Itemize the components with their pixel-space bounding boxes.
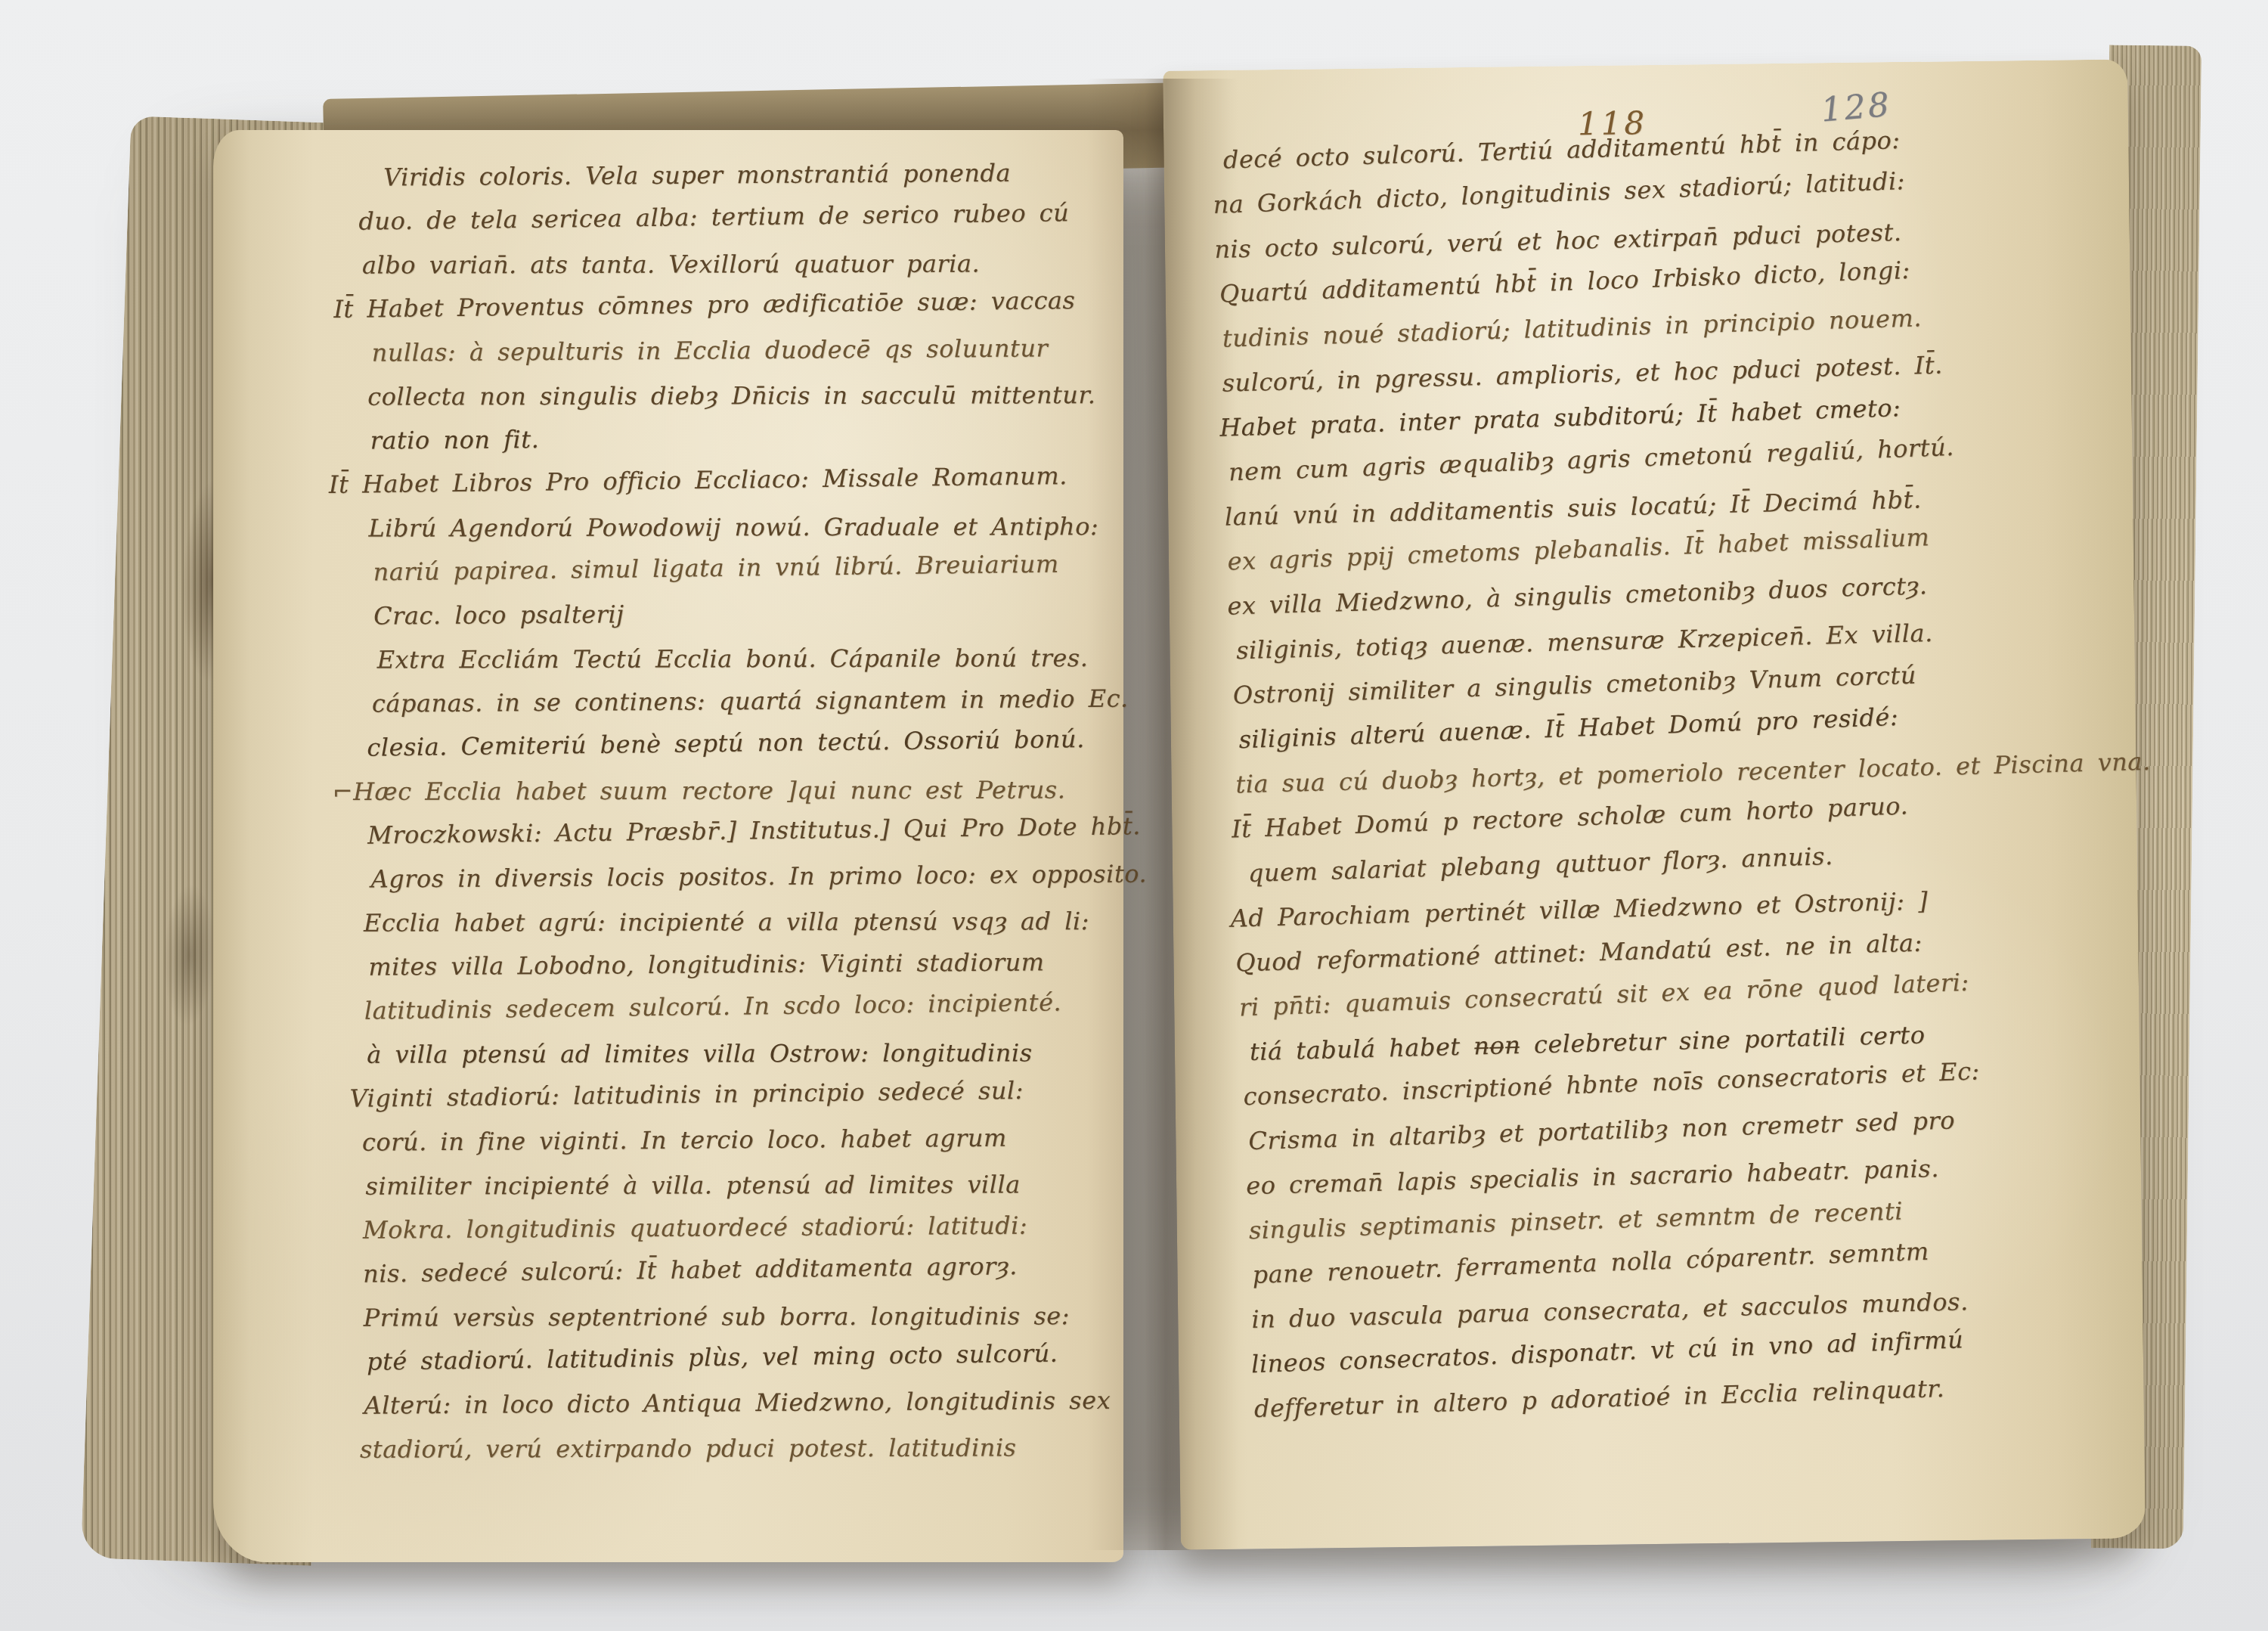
manuscript-line: nariú papirea. simul ligata in vnú librú… — [373, 549, 1120, 602]
manuscript-line: duo. de tela sericea alba: tertium de se… — [358, 197, 1118, 250]
manuscript-line: collecta non singulis diebȝ Dn̄icis in s… — [367, 380, 1119, 426]
manuscript-line: pté stadiorú. latitudinis plùs, vel ming… — [367, 1338, 1126, 1391]
right-page: 118 128 decé octo sulcorú. Tertiú addita… — [1163, 59, 2146, 1549]
manuscript-line: Crac. loco psalterij — [373, 597, 1120, 646]
right-page-text: decé octo sulcorú. Tertiú additamentú hb… — [1207, 119, 2149, 1440]
manuscript-line: Mroczkowski: Actu Præsbr̄.] Institutus.]… — [367, 811, 1123, 864]
manuscript-line: clesia. Cemiteriú benè septú non tectú. … — [367, 724, 1122, 777]
manuscript-line: nis. sedecé sulcorú: It̄ habet additamen… — [363, 1250, 1126, 1303]
manuscript-line: Agros in diversis locis positos. In prim… — [370, 860, 1122, 909]
manuscript-line: Extra Eccliám Tectú Ecclia bonú. Cápanil… — [377, 643, 1121, 690]
photo-background: Viridis coloris. Vela super monstrantiá … — [0, 0, 2268, 1631]
manuscript-line: Viginti stadiorú: latitudinis in princip… — [349, 1074, 1124, 1128]
manuscript-line: latitudinis sedecem sulcorú. In scdo loc… — [364, 987, 1124, 1040]
manuscript-line: corú. in fine viginti. In tercio loco. h… — [362, 1123, 1124, 1172]
manuscript-line: Alterú: in loco dicto Antiqua Miedzwno, … — [364, 1386, 1126, 1435]
manuscript-line: It̄ Habet Libros Pro officio Eccliaco: M… — [329, 460, 1120, 514]
manuscript-line: stadiorú, verú extirpando pduci potest. … — [360, 1433, 1126, 1479]
manuscript-line: Ecclia habet agrú: incipienté a villa pt… — [364, 907, 1123, 953]
folio-number-pencil: 128 — [1820, 85, 1893, 129]
manuscript-line: similiter incipienté à villa. ptensú ad … — [365, 1170, 1124, 1216]
manuscript-line: nullas: à sepulturis in Ecclia duodecē q… — [372, 333, 1119, 383]
manuscript-line: It̄ Habet Proventus cōmnes pro ædificati… — [333, 285, 1119, 339]
left-page: Viridis coloris. Vela super monstrantiá … — [213, 130, 1123, 1562]
left-page-text: Viridis coloris. Vela super monstrantiá … — [327, 158, 1126, 1479]
